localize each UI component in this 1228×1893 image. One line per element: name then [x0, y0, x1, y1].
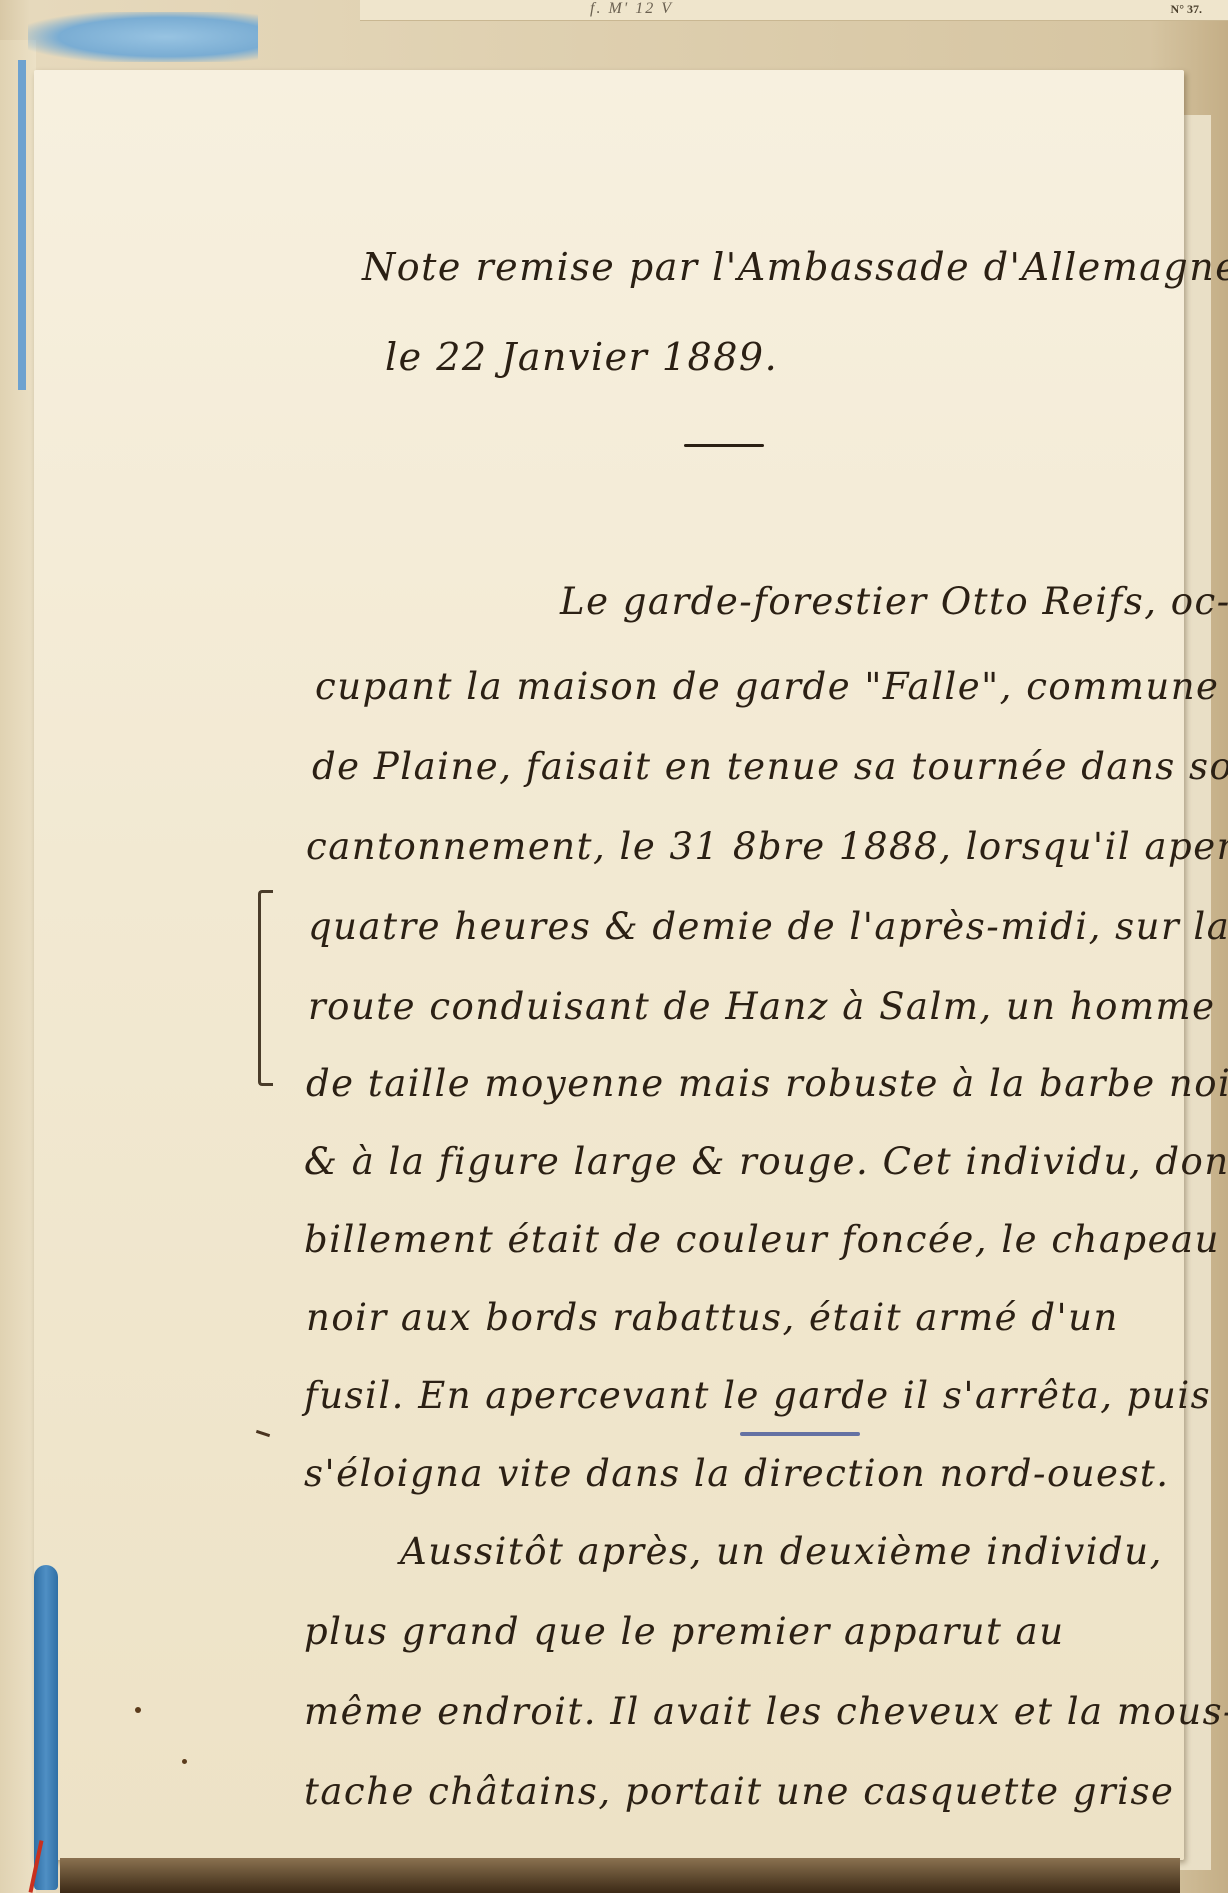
punch-hole-icon	[135, 1707, 141, 1713]
paragraph-1-line: de Plaine, faisait en tenue sa tournée d…	[312, 745, 1228, 788]
punch-hole-icon	[182, 1759, 187, 1764]
paragraph-1-line: Le garde-forestier Otto Reifs, oc-	[560, 580, 1228, 623]
blue-pencil-underline	[740, 1432, 860, 1436]
paragraph-1-line: cupant la maison de garde "Falle", commu…	[315, 665, 1219, 708]
paragraph-1-line: route conduisant de Hanz à Salm, un homm…	[308, 985, 1216, 1028]
top-sheet-scribble: f. M' 12 V	[590, 0, 673, 18]
paragraph-2-line: plus grand que le premier apparut au	[304, 1610, 1065, 1653]
page-stack-edge	[60, 1858, 1180, 1893]
title-separator-rule	[684, 444, 764, 447]
paragraph-2-line: même endroit. Il avait les cheveux et la…	[304, 1690, 1228, 1733]
paragraph-1-line: cantonnement, le 31 8bre 1888, lorsqu'il…	[306, 825, 1228, 868]
paragraph-1-line: noir aux bords rabattus, était armé d'un	[306, 1296, 1119, 1339]
ribbon-tie-icon	[28, 12, 258, 62]
paragraph-1-line: de taille moyenne mais robuste à la barb…	[306, 1062, 1228, 1105]
top-sheet-strip: f. M' 12 V N° 37.	[360, 0, 1228, 21]
ribbon-strand-icon	[18, 60, 26, 390]
paragraph-1-line: fusil. En apercevant le garde il s'arrêt…	[304, 1374, 1211, 1417]
paragraph-1-line: s'éloigna vite dans la direction nord-ou…	[304, 1452, 1170, 1495]
paragraph-1-line: billement était de couleur foncée, le ch…	[304, 1218, 1220, 1261]
margin-bracket-mark	[258, 890, 273, 1086]
paragraph-1-line: & à la figure large & rouge. Cet individ…	[304, 1140, 1228, 1183]
folio-reference: N° 37.	[1171, 2, 1202, 17]
paragraph-2-line: tache châtains, portait une casquette gr…	[304, 1770, 1174, 1813]
ribbon-binding-icon	[34, 1565, 58, 1890]
document-title-line-2: le 22 Janvier 1889.	[385, 335, 778, 379]
paragraph-1-line: quatre heures & demie de l'après-midi, s…	[308, 905, 1228, 948]
paragraph-2-line: Aussitôt après, un deuxième individu,	[400, 1530, 1163, 1573]
document-title-line-1: Note remise par l'Ambassade d'Allemagne	[362, 245, 1228, 289]
